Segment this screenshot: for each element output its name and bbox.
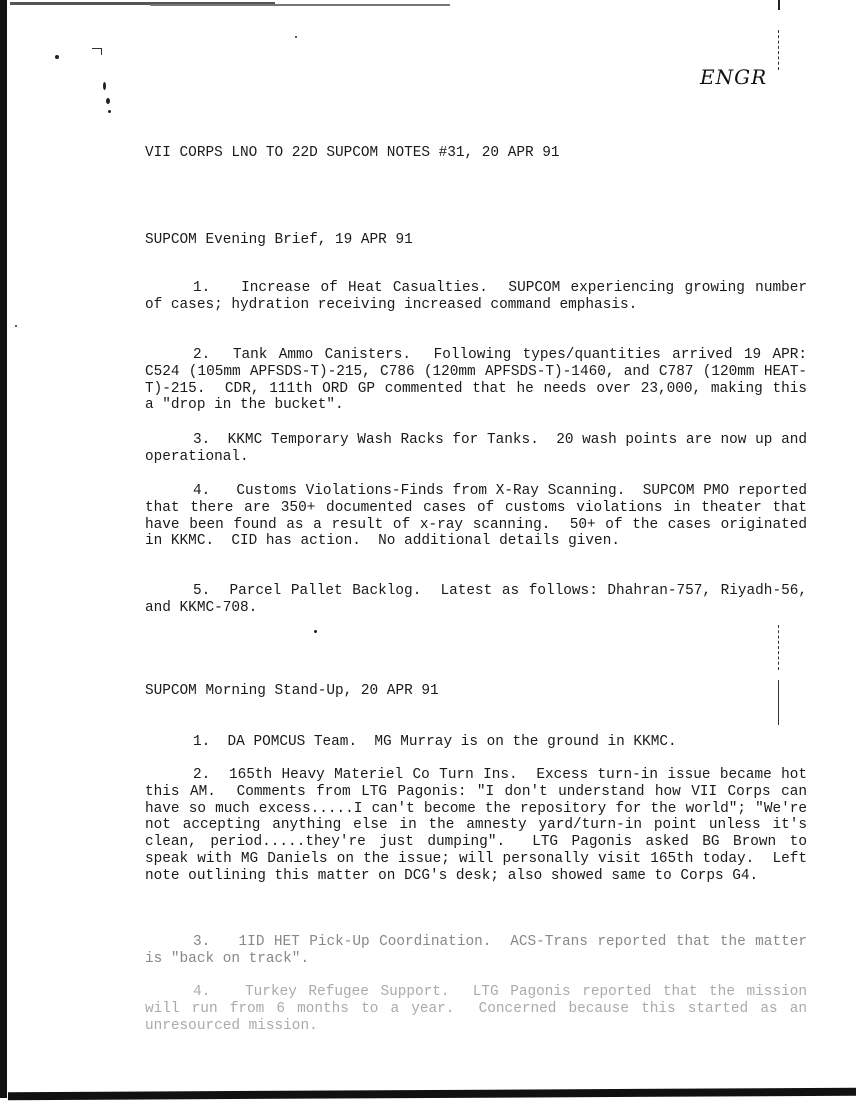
evening-item-3: 3. KKMC Temporary Wash Racks for Tanks. …: [145, 432, 807, 466]
scan-speck: [106, 98, 110, 104]
section-heading-morning-standup: SUPCOM Morning Stand-Up, 20 APR 91: [145, 683, 807, 700]
handwritten-annotation: ENGR: [700, 65, 767, 89]
margin-mark: [778, 0, 781, 10]
morning-item-1: 1. DA POMCUS Team. MG Murray is on the g…: [145, 734, 807, 751]
scan-speck: [295, 36, 297, 38]
scan-speck: [314, 630, 317, 633]
scan-speck: [108, 110, 111, 113]
evening-item-5: 5. Parcel Pallet Backlog. Latest as foll…: [145, 583, 807, 617]
scan-speck: [15, 325, 17, 327]
margin-mark: [778, 625, 780, 670]
evening-item-1: 1. Increase of Heat Casualties. SUPCOM e…: [145, 280, 807, 314]
morning-item-3: 3. 1ID HET Pick-Up Coordination. ACS-Tra…: [145, 934, 807, 968]
scan-speck: [55, 55, 59, 59]
scan-border-bottom: [8, 1088, 856, 1100]
scan-speck: [92, 48, 102, 55]
margin-mark: [778, 30, 780, 70]
scan-border-top-faint: [150, 4, 450, 6]
section-heading-evening-brief: SUPCOM Evening Brief, 19 APR 91: [145, 232, 807, 249]
morning-item-4: 4. Turkey Refugee Support. LTG Pagonis r…: [145, 984, 807, 1034]
evening-item-4: 4. Customs Violations-Finds from X-Ray S…: [145, 483, 807, 550]
scan-border-left: [0, 0, 7, 1098]
evening-item-2: 2. Tank Ammo Canisters. Following types/…: [145, 347, 807, 414]
morning-item-2: 2. 165th Heavy Materiel Co Turn Ins. Exc…: [145, 767, 807, 885]
document-title: VII CORPS LNO TO 22D SUPCOM NOTES #31, 2…: [145, 145, 807, 162]
scan-speck: [103, 82, 106, 90]
